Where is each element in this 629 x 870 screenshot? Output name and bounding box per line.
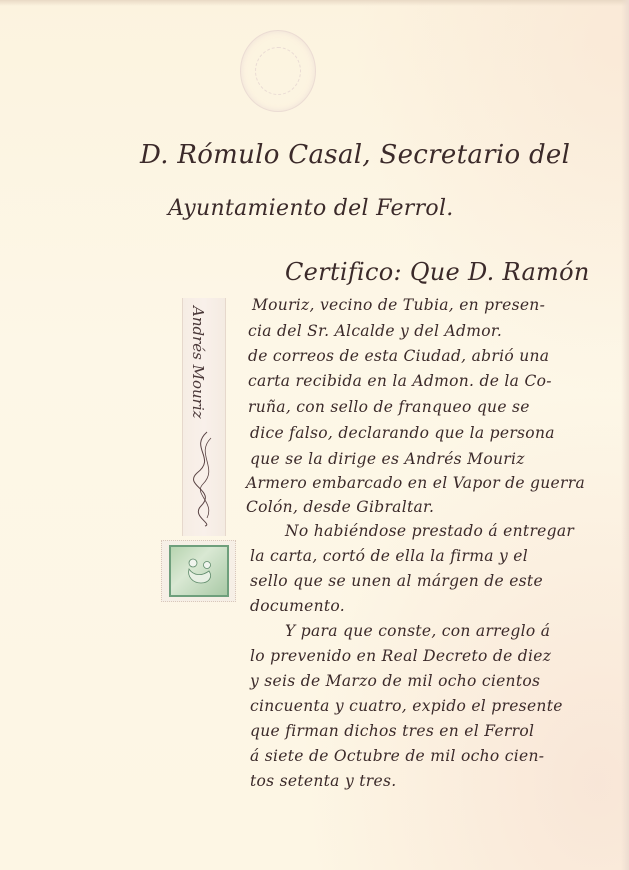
stamp-figure-icon (183, 555, 217, 587)
body-line-7: que se la dirige es Andrés Mouriz (250, 450, 525, 468)
body-line-13: documento. (250, 597, 345, 615)
body-line-9: Colón, desde Gibraltar. (246, 498, 434, 516)
body-line-2: cia del Sr. Alcalde y del Admor. (248, 322, 502, 340)
postage-stamp (161, 540, 236, 602)
body-line-14: Y para que conste, con arreglo á (285, 622, 550, 640)
cut-signature-strip: Andrés Mouriz (182, 298, 226, 536)
embossed-seal-icon (240, 30, 316, 112)
body-line-18: que firman dichos tres en el Ferrol (250, 722, 534, 740)
body-line-3: de correos de esta Ciudad, abrió una (248, 347, 549, 365)
body-line-6: dice falso, declarando que la persona (250, 424, 555, 442)
seal-inner-ring (255, 47, 301, 95)
body-line-5: ruña, con sello de franqueo que se (248, 398, 530, 416)
body-line-19: á siete de Octubre de mil ocho cien- (250, 747, 544, 765)
body-line-11: la carta, cortó de ella la firma y el (250, 547, 528, 565)
body-line-20: tos setenta y tres. (250, 772, 396, 790)
body-line-4: carta recibida en la Admon. de la Co- (248, 372, 552, 390)
body-line-8: Armero embarcado en el Vapor de guerra (246, 474, 585, 492)
body-line-1: Mouriz, vecino de Tubia, en presen- (252, 296, 545, 314)
header-line-2: Ayuntamiento del Ferrol. (168, 196, 454, 221)
paper-right-edge (621, 0, 629, 870)
paper-top-edge (0, 0, 629, 6)
body-line-17: cincuenta y cuatro, expido el presente (250, 697, 563, 715)
cut-signature-text: Andrés Mouriz (189, 306, 207, 419)
header-line-1: D. Rómulo Casal, Secretario del (140, 140, 570, 170)
document-page: D. Rómulo Casal, Secretario del Ayuntami… (0, 0, 629, 870)
stamp-face (169, 545, 229, 597)
signature-flourish-icon (187, 428, 221, 528)
body-line-10: No habiéndose prestado á entregar (285, 522, 574, 540)
body-line-15: lo prevenido en Real Decreto de diez (250, 647, 551, 665)
body-line-16: y seis de Marzo de mil ocho cientos (250, 672, 540, 690)
body-line-0: Certifico: Que D. Ramón (285, 258, 590, 286)
body-line-12: sello que se unen al márgen de este (250, 572, 543, 590)
